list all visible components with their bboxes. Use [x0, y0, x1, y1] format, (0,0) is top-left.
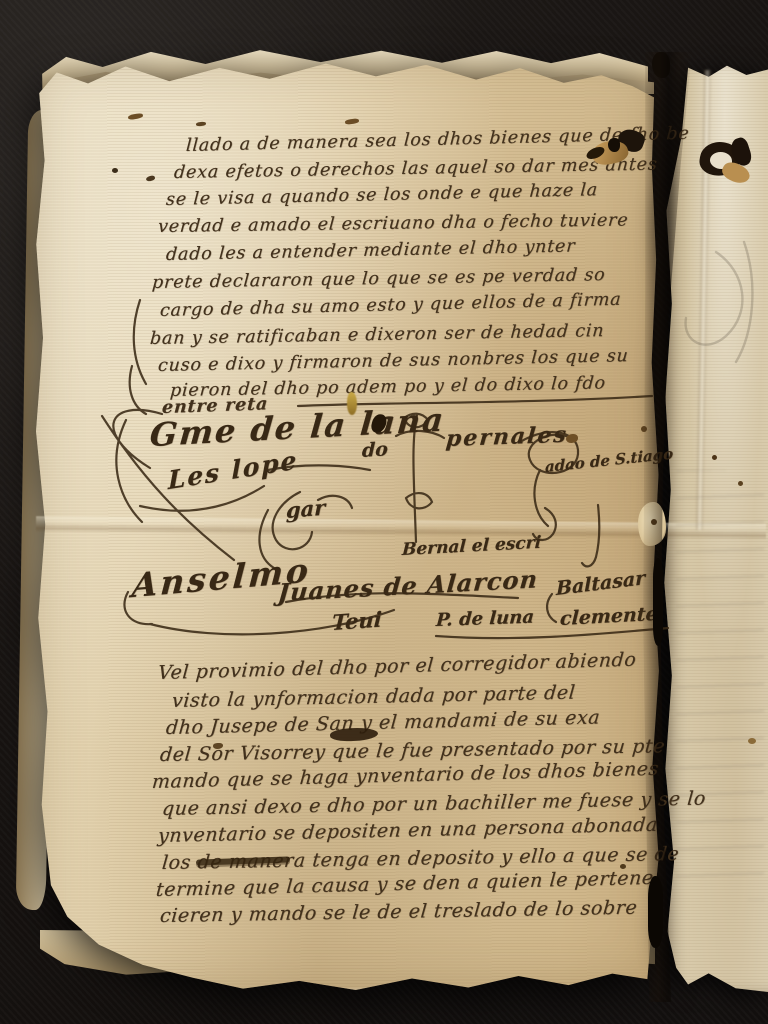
stain-spot [651, 519, 657, 525]
stain-spot [641, 426, 647, 432]
worm-hole-gutter-top [652, 52, 670, 78]
signature-teui: Teui [331, 606, 382, 635]
wax-stain [347, 392, 357, 415]
signature-p-de-luna: P. de luna [435, 607, 534, 631]
santiago-flourish [534, 470, 548, 526]
worm-hole-cluster-right [694, 134, 756, 194]
worm-hole-cluster-left [586, 128, 652, 176]
stain-spot [748, 738, 756, 744]
stain-spot [738, 481, 743, 486]
signature-pernales: pernales [445, 422, 569, 452]
signature-do: do [362, 438, 389, 462]
tall-j-stroke [582, 505, 599, 566]
stain-spot [620, 864, 626, 869]
worm-hole-dark [608, 138, 620, 152]
stain-spot [112, 168, 118, 173]
stain-spot [712, 455, 717, 460]
signature-gar-rubric-letters: gar [286, 495, 326, 524]
right-leaf-showthrough-flourish [686, 242, 753, 362]
margin-tail-strokes [130, 300, 146, 414]
ink-layer: llado a de manera sea los dhos bienes qu… [0, 0, 768, 1024]
baltasar-leadstroke [547, 594, 556, 622]
manuscript-photo: llado a de manera sea los dhos bienes qu… [0, 0, 768, 1024]
